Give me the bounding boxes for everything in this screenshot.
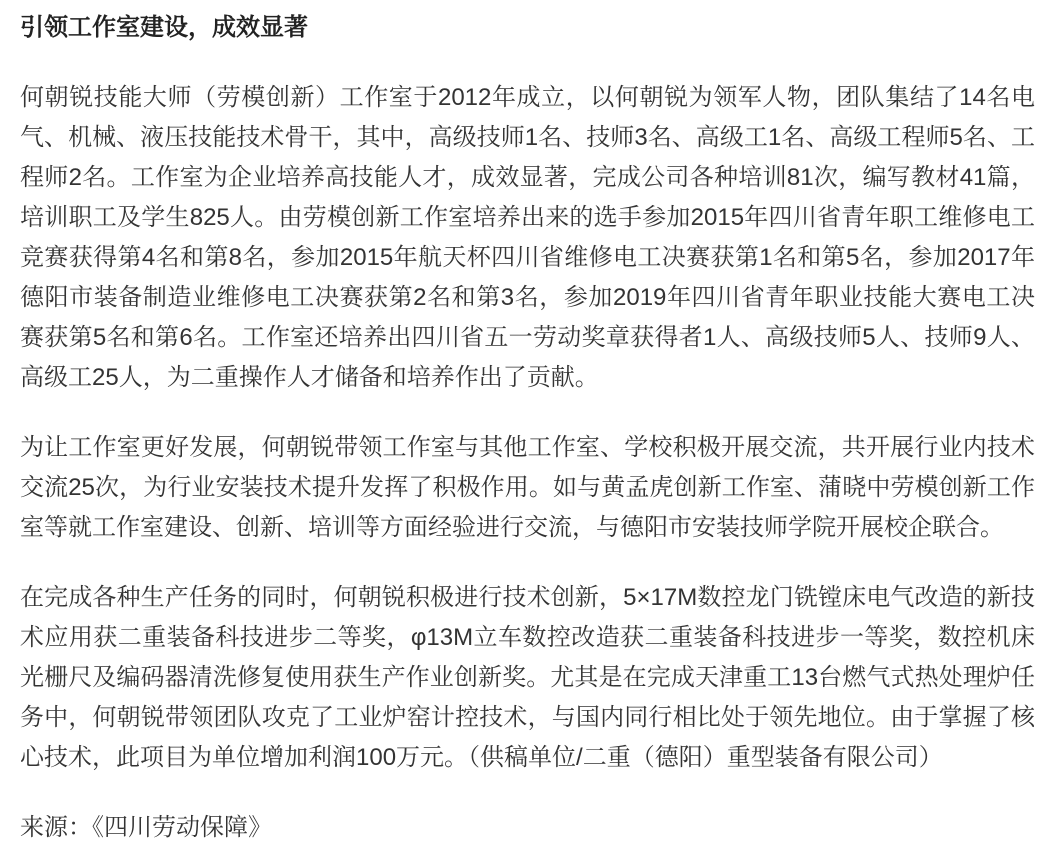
- article-source-line: 来源：《四川劳动保障》: [20, 808, 1035, 848]
- article-paragraph-2: 为让工作室更好发展，何朝锐带领工作室与其他工作室、学校积极开展交流，共开展行业内…: [20, 428, 1035, 548]
- article-page: 引领工作室建设，成效显著 何朝锐技能大师（劳模创新）工作室于2012年成立，以何…: [0, 0, 1056, 863]
- article-paragraph-3: 在完成各种生产任务的同时，何朝锐积极进行技术创新，5×17M数控龙门铣镗床电气改…: [20, 578, 1035, 778]
- article-paragraph-1: 何朝锐技能大师（劳模创新）工作室于2012年成立，以何朝锐为领军人物，团队集结了…: [20, 78, 1035, 398]
- article-title: 引领工作室建设，成效显著: [20, 8, 1035, 48]
